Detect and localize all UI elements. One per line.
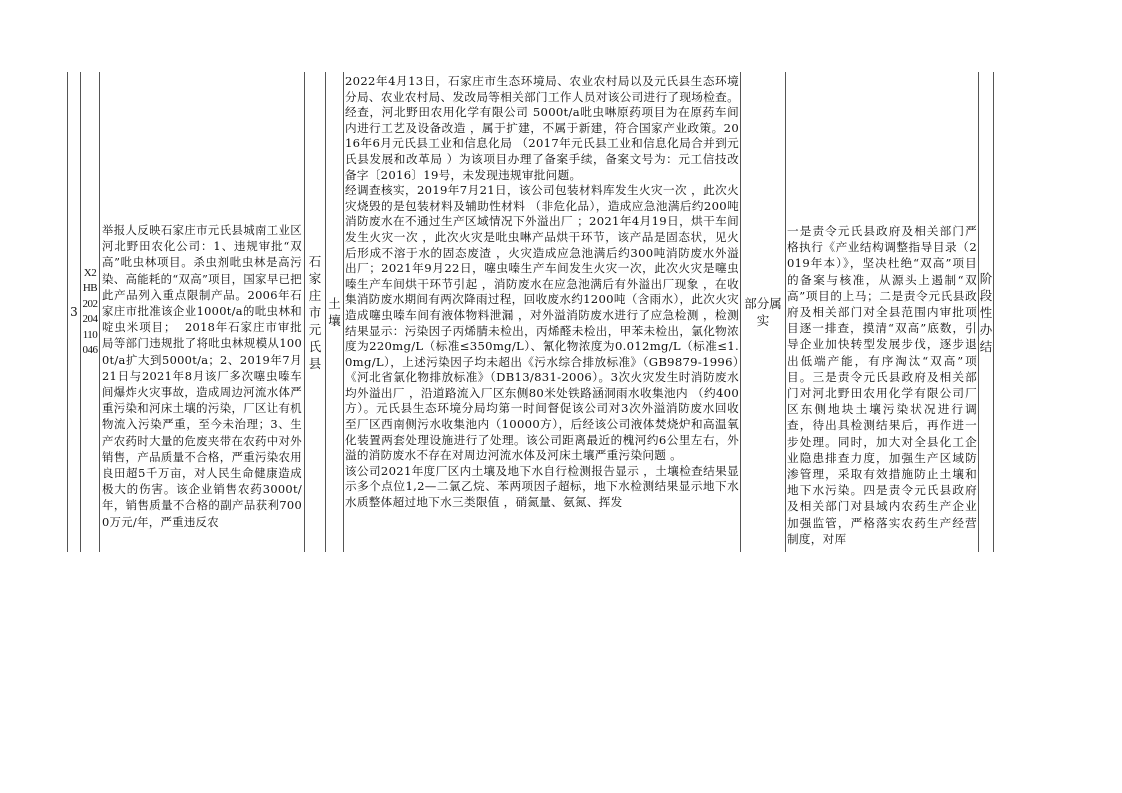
measures-text: 一是责令元氏县政府及相关部门严格执行《产业结构调整指导目录（2019年本）》，坚… bbox=[787, 223, 977, 547]
column-divider bbox=[343, 72, 344, 552]
verdict-text: 部分属实 bbox=[743, 295, 783, 329]
cell-verdict: 部分属实 bbox=[741, 72, 785, 552]
case-code: X2HB202204110046 bbox=[81, 266, 99, 359]
cell-investigation: 2022年4月13日，石家庄市生态环境局、农业农村局以及元氏县生态环境分局、农业… bbox=[345, 72, 739, 552]
investigation-paragraph: 该公司2021年度厂区内土壤及地下水自行检测报告显示 ，土壤检查结果显示多个点位… bbox=[345, 464, 739, 511]
investigation-paragraph: 经调查核实，2019年7月21日，该公司包装材料库发生火灾一次 ，此次火灾烧毁的… bbox=[345, 183, 739, 464]
cell-seq: 3 bbox=[68, 72, 80, 552]
status-text: 阶段性办结 bbox=[979, 270, 993, 355]
column-divider bbox=[785, 72, 786, 552]
document-page: 3 X2HB202204110046 举报人反映石家庄市元氏县城南工业区河北野田… bbox=[0, 0, 1122, 793]
cell-complaint: 举报人反映石家庄市元氏县城南工业区河北野田农化公司：1、违规审批“双高”吡虫林项… bbox=[102, 72, 302, 552]
complaint-text: 举报人反映石家庄市元氏县城南工业区河北野田农化公司：1、违规审批“双高”吡虫林项… bbox=[102, 222, 302, 530]
cell-measures: 一是责令元氏县政府及相关部门严格执行《产业结构调整指导目录（2019年本）》，坚… bbox=[787, 72, 977, 552]
pollution-type-text: 土壤 bbox=[328, 295, 342, 329]
row-number: 3 bbox=[70, 305, 78, 319]
column-divider bbox=[99, 72, 100, 552]
complaint-table: 3 X2HB202204110046 举报人反映石家庄市元氏县城南工业区河北野田… bbox=[66, 72, 996, 552]
cell-region: 石家庄市元氏县 bbox=[305, 72, 325, 552]
region-text: 石家庄市元氏县 bbox=[308, 253, 322, 372]
table-border-right bbox=[993, 72, 994, 552]
cell-case-code: X2HB202204110046 bbox=[81, 72, 99, 552]
cell-status: 阶段性办结 bbox=[979, 72, 993, 552]
investigation-paragraph: 2022年4月13日，石家庄市生态环境局、农业农村局以及元氏县生态环境分局、农业… bbox=[345, 74, 739, 183]
cell-pollution-type: 土壤 bbox=[326, 72, 343, 552]
